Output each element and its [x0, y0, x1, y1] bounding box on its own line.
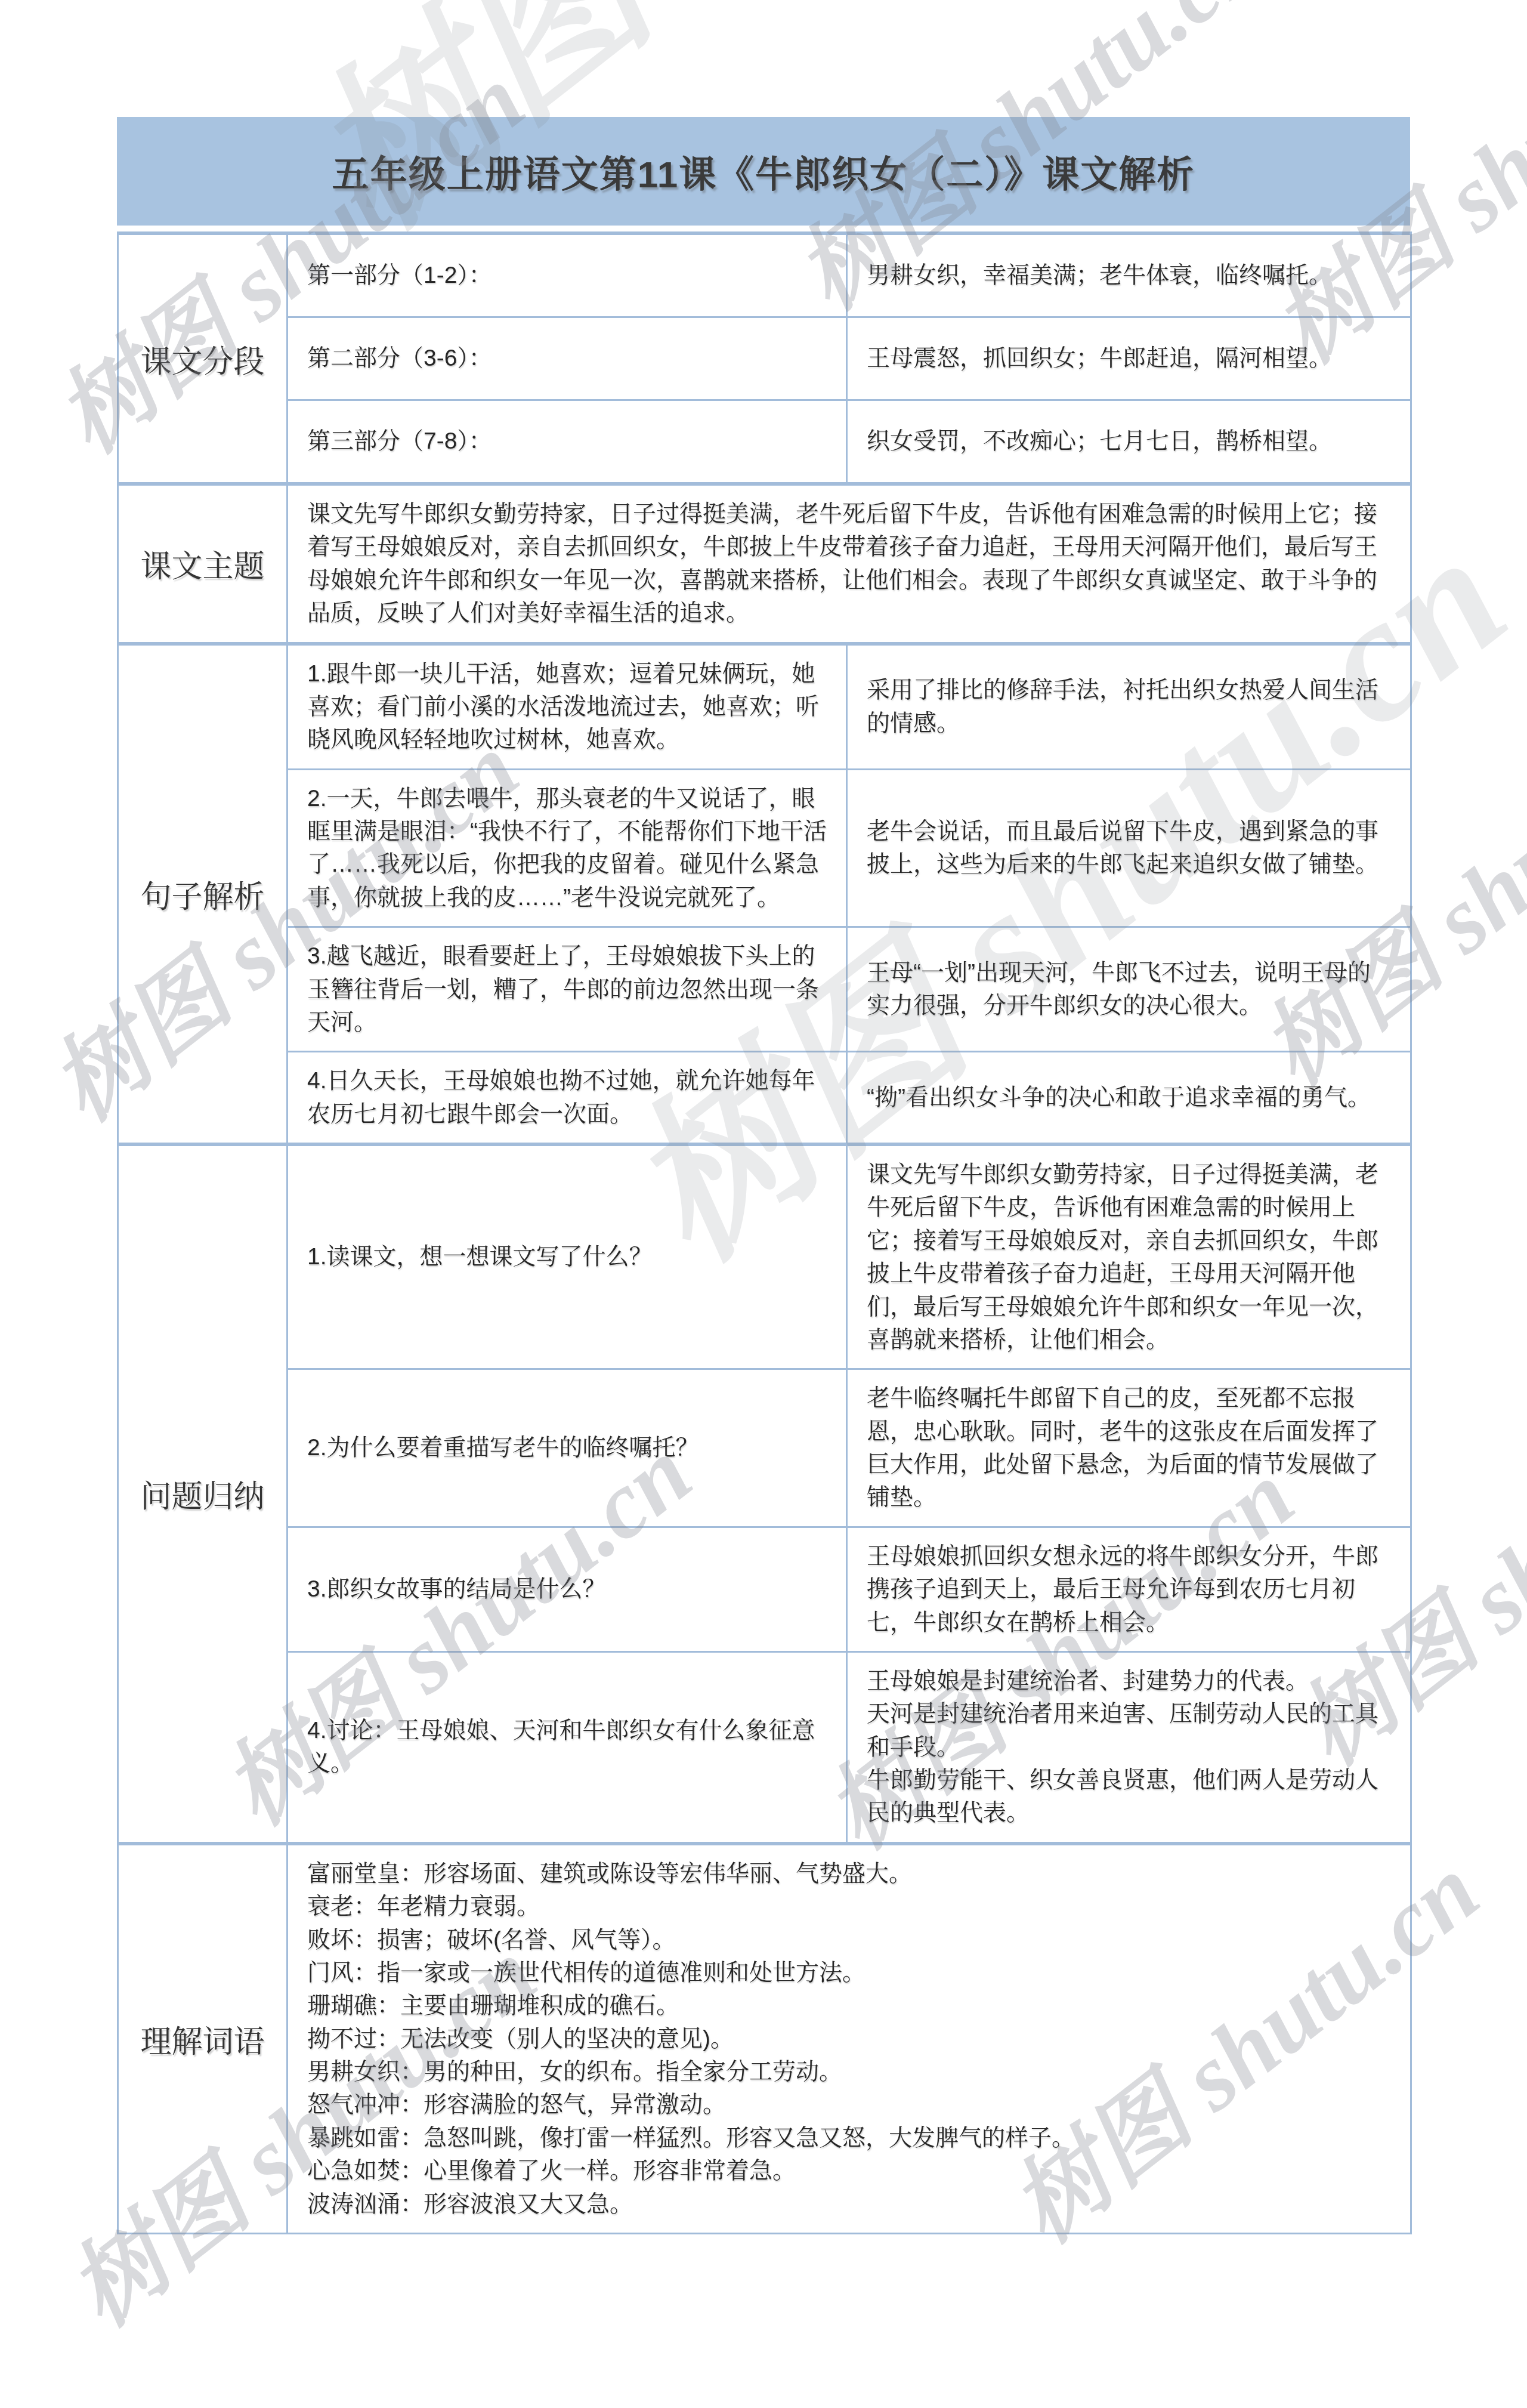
segment-1-summary: 男耕女织，幸福美满；老牛体衰，临终嘱托。 — [847, 233, 1411, 317]
table-row: 4.讨论：王母娘娘、天河和牛郎织女有什么象征意义。 王母娘娘是封建统治者、封建势… — [118, 1651, 1411, 1843]
word-definition: 门风：指一家或一族世代相传的道德准则和处世方法。 — [307, 1956, 1391, 1989]
table-row: 3.郎织女故事的结局是什么？ 王母娘娘抓回织女想永远的将牛郎织女分开，牛郎携孩子… — [118, 1527, 1411, 1651]
table-row: 2.为什么要着重描写老牛的临终嘱托？ 老牛临终嘱托牛郎留下自己的皮，至死都不忘报… — [118, 1369, 1411, 1527]
question-3-answer: 王母娘娘抓回织女想永远的将牛郎织女分开，牛郎携孩子追到天上，最后王母允许每到农历… — [847, 1527, 1411, 1651]
segment-3-summary: 织女受罚，不改痴心；七月七日，鹊桥相望。 — [847, 400, 1411, 484]
table-row: 4.日久天长，王母娘娘也拗不过她，就允许她每年农历七月初七跟牛郎会一次面。 “拗… — [118, 1052, 1411, 1144]
question-2: 2.为什么要着重描写老牛的临终嘱托？ — [288, 1369, 847, 1527]
sentence-1-analysis: 采用了排比的修辞手法，衬托出织女热爱人间生活的情感。 — [847, 644, 1411, 770]
question-1-answer: 课文先写牛郎织女勤劳持家，日子过得挺美满，老牛死后留下牛皮，告诉他有困难急需的时… — [847, 1144, 1411, 1369]
word-definition: 富丽堂皇：形容场面、建筑或陈设等宏伟华丽、气势盛大。 — [307, 1857, 1391, 1890]
segment-3-label: 第三部分（7-8）： — [288, 400, 847, 484]
word-definition: 心急如焚：心里像着了火一样。形容非常着急。 — [307, 2154, 1391, 2187]
sentence-3: 3.越飞越近，眼看要赶上了，王母娘娘拔下头上的玉簪往背后一划，糟了，牛郎的前边忽… — [288, 927, 847, 1052]
section-label-sentence-analysis: 句子解析 — [118, 644, 288, 1145]
sentence-2: 2.一天，牛郎去喂牛，那头衰老的牛又说话了，眼眶里满是眼泪：“我快不行了，不能帮… — [288, 769, 847, 927]
word-definition: 波涛汹涌：形容波浪又大又急。 — [307, 2188, 1391, 2221]
table-row: 课文主题 课文先写牛郎织女勤劳持家，日子过得挺美满，老牛死后留下牛皮，告诉他有困… — [118, 484, 1411, 644]
sentence-4: 4.日久天长，王母娘娘也拗不过她，就允许她每年农历七月初七跟牛郎会一次面。 — [288, 1052, 847, 1144]
table-row: 课文分段 第一部分（1-2）： 男耕女织，幸福美满；老牛体衰，临终嘱托。 — [118, 233, 1411, 317]
word-definition: 怒气冲冲：形容满脸的怒气，异常激动。 — [307, 2088, 1391, 2121]
answer-line: 王母娘娘是封建统治者、封建势力的代表。 — [867, 1665, 1391, 1697]
section-label-word-understanding: 理解词语 — [118, 1844, 288, 2234]
sentence-4-analysis: “拗”看出织女斗争的决心和敢于追求幸福的勇气。 — [847, 1052, 1411, 1144]
table-row: 句子解析 1.跟牛郎一块儿干活，她喜欢；逗着兄妹俩玩，她喜欢；看门前小溪的水活泼… — [118, 644, 1411, 770]
answer-line: 牛郎勤劳能干、织女善良贤惠，他们两人是劳动人民的典型代表。 — [867, 1764, 1391, 1830]
segment-2-summary: 王母震怒，抓回织女；牛郎赶追，隔河相望。 — [847, 317, 1411, 400]
word-definition: 衰老：年老精力衰弱。 — [307, 1890, 1391, 1923]
word-definition: 拗不过：无法改变（别人的坚决的意见)。 — [307, 2023, 1391, 2055]
word-definition: 男耕女织：男的种田，女的织布。指全家分工劳动。 — [307, 2055, 1391, 2088]
theme-text: 课文先写牛郎织女勤劳持家，日子过得挺美满，老牛死后留下牛皮，告诉他有困难急需的时… — [288, 484, 1411, 644]
answer-line: 天河是封建统治者用来迫害、压制劳动人民的工具和手段。 — [867, 1697, 1391, 1764]
sentence-2-analysis: 老牛会说话，而且最后说留下牛皮，遇到紧急的事披上，这些为后来的牛郎飞起来追织女做… — [847, 769, 1411, 927]
table-row: 2.一天，牛郎去喂牛，那头衰老的牛又说话了，眼眶里满是眼泪：“我快不行了，不能帮… — [118, 769, 1411, 927]
sentence-1: 1.跟牛郎一块儿干活，她喜欢；逗着兄妹俩玩，她喜欢；看门前小溪的水活泼地流过去，… — [288, 644, 847, 770]
word-definition: 暴跳如雷：急怒叫跳，像打雷一样猛烈。形容又急又怒，大发脾气的样子。 — [307, 2122, 1391, 2154]
question-4-answer: 王母娘娘是封建统治者、封建势力的代表。 天河是封建统治者用来迫害、压制劳动人民的… — [847, 1651, 1411, 1843]
document-page: 树图 shutu.cn 树图 shutu.cn 树图 shutu.cn 树图 s… — [0, 0, 1527, 2408]
word-definition: 珊瑚礁：主要由珊瑚堆积成的礁石。 — [307, 1989, 1391, 2022]
section-label-question-summary: 问题归纳 — [118, 1144, 288, 1844]
section-label-text-theme: 课文主题 — [118, 484, 288, 644]
section-label-text-segmentation: 课文分段 — [118, 233, 288, 484]
page-title: 五年级上册语文第11课《牛郎织女（二）》课文解析 — [117, 117, 1410, 226]
word-definition: 败坏：损害；破坏(名誉、风气等）。 — [307, 1924, 1391, 1956]
table-row: 第二部分（3-6）： 王母震怒，抓回织女；牛郎赶追，隔河相望。 — [118, 317, 1411, 400]
question-1: 1.读课文，想一想课文写了什么？ — [288, 1144, 847, 1369]
table-row: 第三部分（7-8）： 织女受罚，不改痴心；七月七日，鹊桥相望。 — [118, 400, 1411, 484]
sentence-3-analysis: 王母“一划”出现天河，牛郎飞不过去，说明王母的实力很强，分开牛郎织女的决心很大。 — [847, 927, 1411, 1052]
question-4: 4.讨论：王母娘娘、天河和牛郎织女有什么象征意义。 — [288, 1651, 847, 1843]
analysis-table: 课文分段 第一部分（1-2）： 男耕女织，幸福美满；老牛体衰，临终嘱托。 第二部… — [117, 231, 1412, 2234]
table-row: 问题归纳 1.读课文，想一想课文写了什么？ 课文先写牛郎织女勤劳持家，日子过得挺… — [118, 1144, 1411, 1369]
segment-1-label: 第一部分（1-2）： — [288, 233, 847, 317]
word-definitions: 富丽堂皇：形容场面、建筑或陈设等宏伟华丽、气势盛大。 衰老：年老精力衰弱。 败坏… — [288, 1844, 1411, 2234]
lesson-analysis-board: 五年级上册语文第11课《牛郎织女（二）》课文解析 课文分段 第一部分（1-2）：… — [117, 117, 1410, 2234]
question-3: 3.郎织女故事的结局是什么？ — [288, 1527, 847, 1651]
table-row: 理解词语 富丽堂皇：形容场面、建筑或陈设等宏伟华丽、气势盛大。 衰老：年老精力衰… — [118, 1844, 1411, 2234]
question-2-answer: 老牛临终嘱托牛郎留下自己的皮，至死都不忘报恩，忠心耿耿。同时，老牛的这张皮在后面… — [847, 1369, 1411, 1527]
segment-2-label: 第二部分（3-6）： — [288, 317, 847, 400]
table-row: 3.越飞越近，眼看要赶上了，王母娘娘拔下头上的玉簪往背后一划，糟了，牛郎的前边忽… — [118, 927, 1411, 1052]
